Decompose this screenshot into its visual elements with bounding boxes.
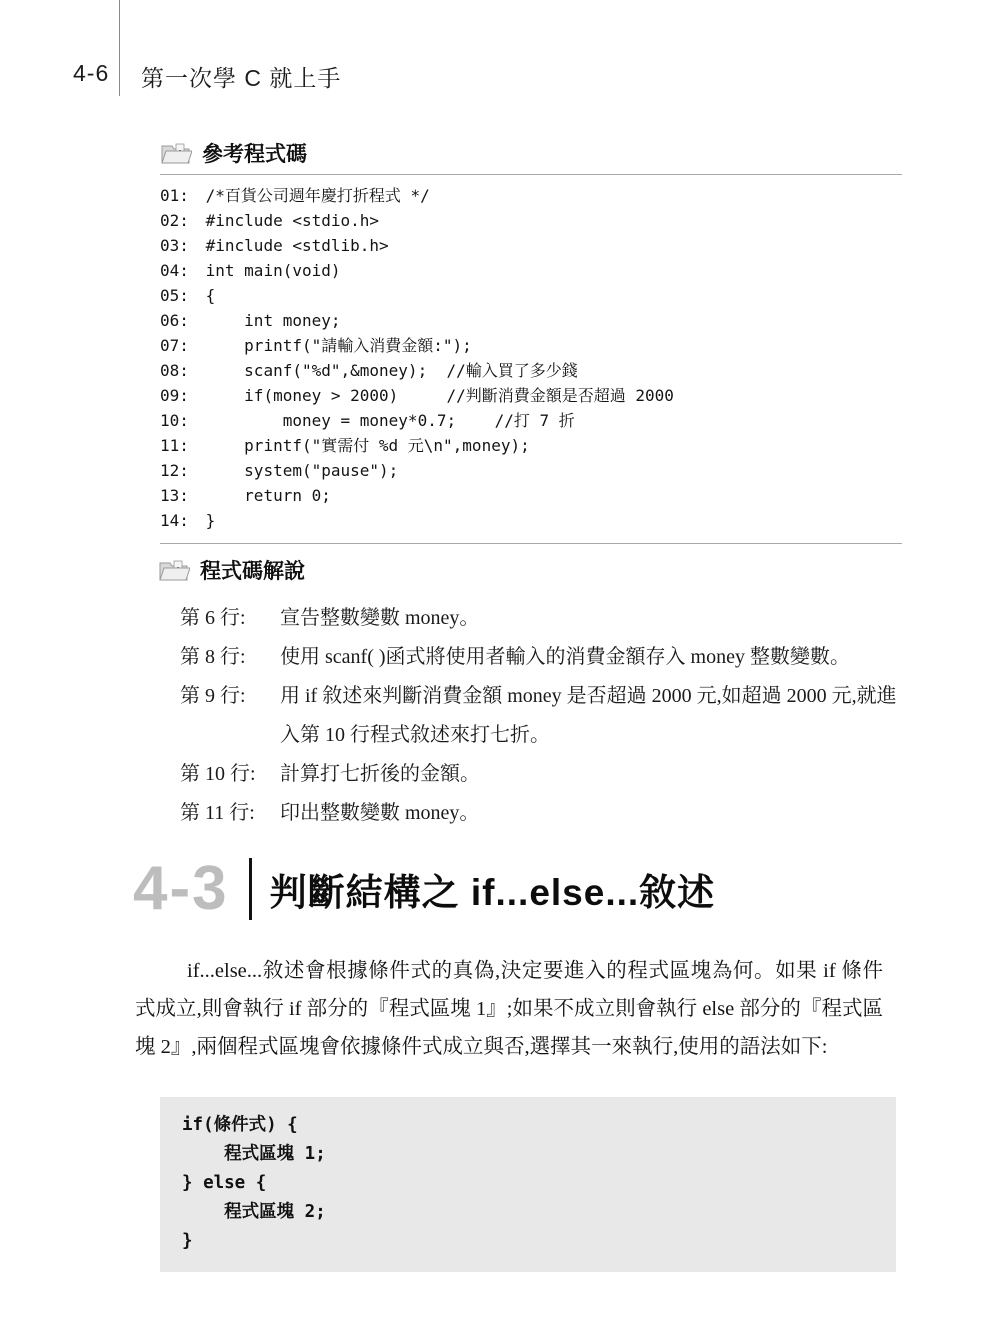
- rule-below-code: [160, 543, 902, 544]
- code-explanation-header: 程式碼解說: [158, 555, 902, 585]
- reference-code-header: 參考程式碼: [160, 138, 902, 168]
- syntax-line: 程式區塊 1;: [182, 1140, 874, 1169]
- reference-code-section: 參考程式碼 01: /*百貨公司週年慶打折程式 */ 02: #include …: [160, 138, 902, 544]
- heading-divider: [249, 858, 252, 920]
- code-line: 06: int money;: [160, 308, 902, 333]
- header-divider: [119, 0, 120, 96]
- code-text: printf("請輸入消費金額:");: [206, 336, 472, 355]
- code-line: 09: if(money > 2000) //判斷消費金額是否超過 2000: [160, 383, 902, 408]
- code-line: 07: printf("請輸入消費金額:");: [160, 333, 902, 358]
- line-number: 03:: [160, 233, 196, 258]
- code-text: money = money*0.7; //打 7 折: [206, 411, 575, 430]
- code-line: 03: #include <stdlib.h>: [160, 233, 902, 258]
- running-head: 4-6 第一次學 C 就上手: [0, 0, 1000, 96]
- code-line: 11: printf("實需付 %d 元\n",money);: [160, 433, 902, 458]
- code-text: {: [206, 286, 216, 305]
- code-line: 02: #include <stdio.h>: [160, 208, 902, 233]
- code-line: 13: return 0;: [160, 483, 902, 508]
- explanation-text: 計算打七折後的金額。: [280, 755, 902, 794]
- code-explanation-title: 程式碼解說: [200, 555, 305, 585]
- line-number: 12:: [160, 458, 196, 483]
- folder-icon: [160, 140, 192, 166]
- section-heading: 4-3 判斷結構之 if...else...敘述: [133, 858, 715, 920]
- line-number: 13:: [160, 483, 196, 508]
- line-number: 10:: [160, 408, 196, 433]
- explanation-label: 第 8 行:: [180, 638, 280, 677]
- explanation-text: 印出整數變數 money。: [280, 794, 902, 833]
- explanation-label: 第 11 行:: [180, 794, 280, 833]
- section-number: 4-3: [133, 858, 229, 920]
- line-number: 09:: [160, 383, 196, 408]
- code-line: 10: money = money*0.7; //打 7 折: [160, 408, 902, 433]
- syntax-line: } else {: [182, 1169, 874, 1198]
- line-number: 07:: [160, 333, 196, 358]
- code-line: 01: /*百貨公司週年慶打折程式 */: [160, 183, 902, 208]
- line-number: 14:: [160, 508, 196, 533]
- explanation-item: 第 11 行: 印出整數變數 money。: [180, 794, 902, 833]
- code-text: int main(void): [206, 261, 341, 280]
- syntax-line: }: [182, 1227, 874, 1256]
- line-number: 04:: [160, 258, 196, 283]
- line-number: 11:: [160, 433, 196, 458]
- code-text: #include <stdio.h>: [206, 211, 379, 230]
- code-line: 04: int main(void): [160, 258, 902, 283]
- syntax-box: if(條件式) { 程式區塊 1; } else { 程式區塊 2; }: [160, 1097, 896, 1272]
- folder-icon: [158, 557, 190, 583]
- explanation-label: 第 10 行:: [180, 755, 280, 794]
- reference-code-title: 參考程式碼: [202, 138, 307, 168]
- line-number: 05:: [160, 283, 196, 308]
- explanation-list: 第 6 行: 宣告整數變數 money。 第 8 行: 使用 scanf( )函…: [158, 599, 902, 833]
- explanation-item: 第 8 行: 使用 scanf( )函式將使用者輸入的消費金額存入 money …: [180, 638, 902, 677]
- line-number: 06:: [160, 308, 196, 333]
- code-text: int money;: [206, 311, 341, 330]
- code-text: printf("實需付 %d 元\n",money);: [206, 436, 530, 455]
- code-listing: 01: /*百貨公司週年慶打折程式 */ 02: #include <stdio…: [160, 183, 902, 533]
- page-number: 4-6: [73, 60, 109, 87]
- code-line: 12: system("pause");: [160, 458, 902, 483]
- code-line: 05: {: [160, 283, 902, 308]
- explanation-item: 第 10 行: 計算打七折後的金額。: [180, 755, 902, 794]
- section-paragraph: if...else...敘述會根據條件式的真偽,決定要進入的程式區塊為何。如果 …: [135, 952, 883, 1066]
- explanation-item: 第 9 行: 用 if 敘述來判斷消費金額 money 是否超過 2000 元,…: [180, 677, 902, 755]
- explanation-text: 宣告整數變數 money。: [280, 599, 902, 638]
- line-number: 08:: [160, 358, 196, 383]
- explanation-label: 第 6 行:: [180, 599, 280, 638]
- code-text: /*百貨公司週年慶打折程式 */: [206, 186, 430, 205]
- explanation-text: 使用 scanf( )函式將使用者輸入的消費金額存入 money 整數變數。: [280, 638, 902, 677]
- explanation-text: 用 if 敘述來判斷消費金額 money 是否超過 2000 元,如超過 200…: [280, 677, 902, 755]
- code-text: }: [206, 511, 216, 530]
- code-explanation-section: 程式碼解說 第 6 行: 宣告整數變數 money。 第 8 行: 使用 sca…: [158, 555, 902, 833]
- syntax-line: if(條件式) {: [182, 1111, 874, 1140]
- code-text: scanf("%d",&money); //輸入買了多少錢: [206, 361, 578, 380]
- code-text: system("pause");: [206, 461, 399, 480]
- code-line: 14: }: [160, 508, 902, 533]
- explanation-label: 第 9 行:: [180, 677, 280, 755]
- syntax-line: 程式區塊 2;: [182, 1198, 874, 1227]
- rule-above-code: [160, 174, 902, 175]
- line-number: 02:: [160, 208, 196, 233]
- book-page: 4-6 第一次學 C 就上手 參考程式碼 01: /*百貨公司週年慶打折程式 *…: [0, 0, 1000, 1341]
- explanation-item: 第 6 行: 宣告整數變數 money。: [180, 599, 902, 638]
- section-title: 判斷結構之 if...else...敘述: [270, 862, 716, 916]
- code-text: if(money > 2000) //判斷消費金額是否超過 2000: [206, 386, 674, 405]
- code-text: #include <stdlib.h>: [206, 236, 389, 255]
- code-line: 08: scanf("%d",&money); //輸入買了多少錢: [160, 358, 902, 383]
- line-number: 01:: [160, 183, 196, 208]
- code-text: return 0;: [206, 486, 331, 505]
- book-title: 第一次學 C 就上手: [141, 60, 341, 93]
